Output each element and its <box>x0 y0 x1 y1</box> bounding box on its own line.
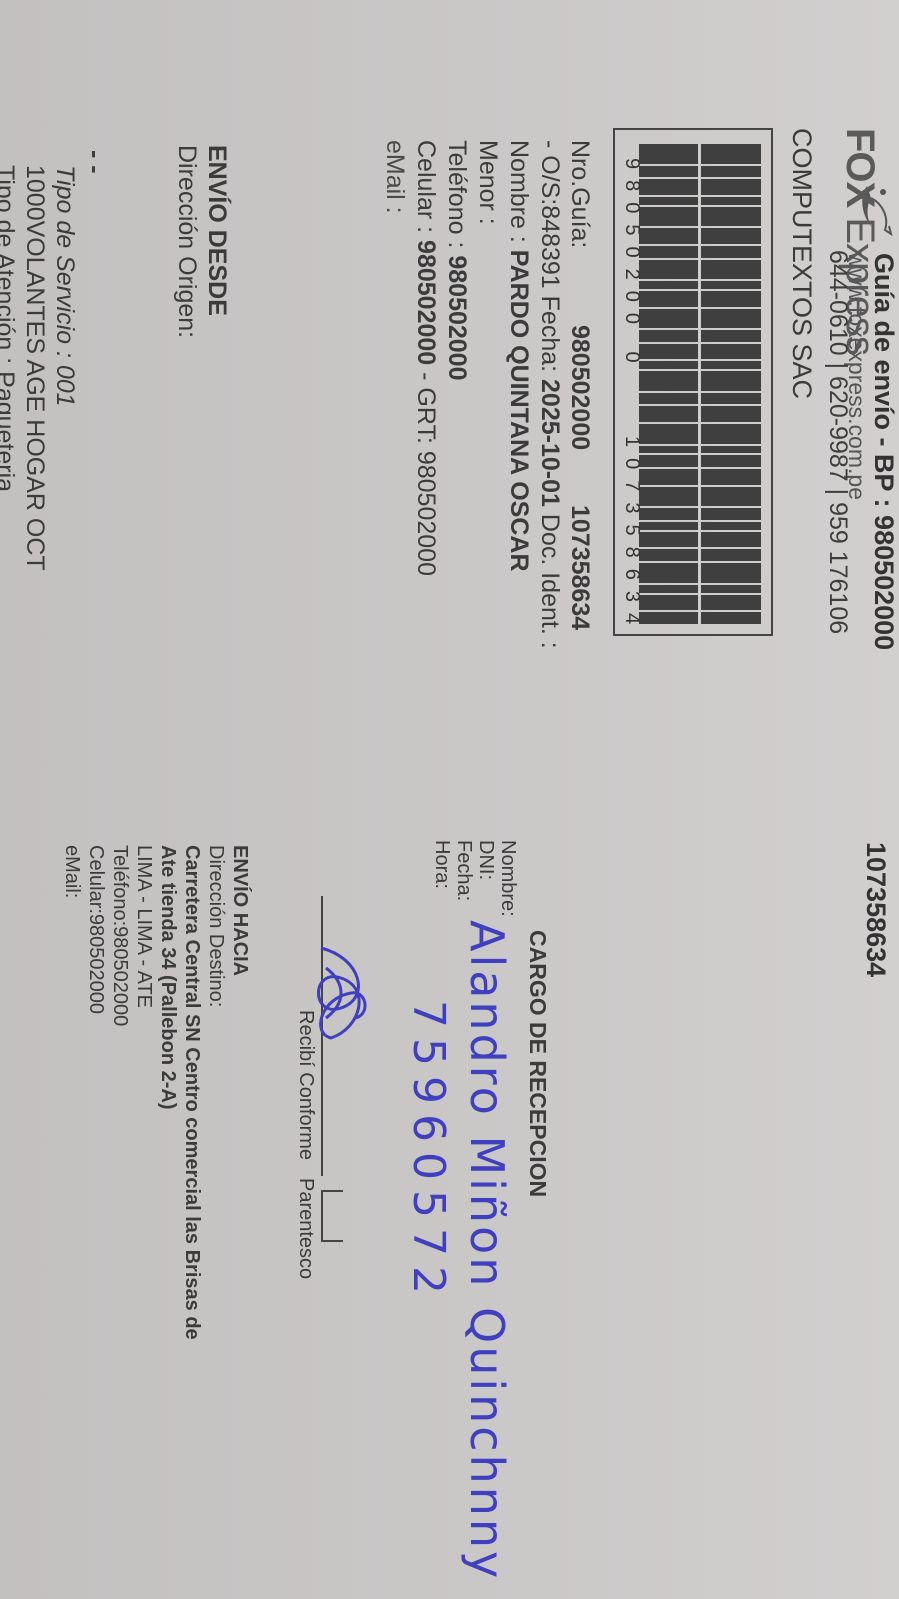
direccion-destino-line1: Carretera Central SN Centro comercial la… <box>180 845 203 1340</box>
grt-text: - GRT: 980502000 <box>412 365 440 576</box>
celular-label: Celular : <box>412 140 440 240</box>
handwritten-name: Alandro Miñon Quinchnny <box>460 920 514 1581</box>
recepcion-dni-label: DNI: <box>474 840 497 880</box>
telefono-label: Teléfono : <box>443 140 471 255</box>
direccion-destino-label: Dirección Destino: <box>204 845 227 1007</box>
barcode-digits-left: 98050200 0 <box>620 158 643 374</box>
dashes: - - <box>80 150 109 174</box>
parentesco-box[interactable] <box>321 1190 343 1242</box>
recepcion-nombre-label: Nombre: <box>496 840 519 917</box>
destino-email: eMail: <box>60 845 83 898</box>
nombre-label: Nombre : <box>505 140 533 250</box>
telefono-line: Teléfono : 980502000 <box>442 140 471 381</box>
document-title: Guía de envío - BP : 980502000 <box>868 253 899 650</box>
destino-celular: Celular:980502000 <box>84 845 107 1014</box>
email-label: eMail : <box>380 140 409 214</box>
tipo-servicio: Tipo de Servicio : 001 <box>50 165 79 407</box>
sender-company: COMPUTEXTOS SAC <box>786 128 817 399</box>
celular-value: 980502000 <box>412 240 440 365</box>
tipo-atencion: Tipo de Atención : Paqueteria <box>0 165 19 492</box>
nombre-line: Nombre : PARDO QUINTANA OSCAR <box>504 140 533 572</box>
direccion-origen-label: Dirección Origen: <box>172 145 201 338</box>
envio-hacia-title: ENVÍO HACIA <box>228 845 251 976</box>
os-date-line: - O/S:848391 Fecha: 2025-10-01 Doc. Iden… <box>535 140 564 649</box>
os-prefix: - O/S:848391 Fecha: <box>536 140 564 379</box>
contact-phones: 644-0610 | 620-9987 | 959 176106 <box>823 250 852 634</box>
waybill-document: FOX Express Guía de envío - BP : 9805020… <box>0 0 899 1599</box>
cargo-recepcion-title: CARGO DE RECEPCION <box>524 930 551 1197</box>
nro-guia-value: 980502000 <box>565 325 594 450</box>
nro-guia-number: 107358634 <box>565 505 594 630</box>
brand-primary: FOX <box>838 128 882 207</box>
ubigeo: LIMA - LIMA - ATE <box>132 845 155 1008</box>
header-guide-number: 107358634 <box>860 842 891 977</box>
direccion-destino-line2: Ate tienda 34 (Pallebon 2-A) <box>156 845 179 1110</box>
doc-ident-label: Doc. Ident. : <box>536 507 564 649</box>
menor-label: Menor : <box>473 140 502 225</box>
barcode-divider <box>698 144 701 624</box>
envio-desde-title: ENVÍO DESDE <box>202 145 231 316</box>
nombre-value: PARDO QUINTANA OSCAR <box>505 250 533 572</box>
handwritten-dni: 75960572 <box>403 1000 454 1304</box>
destino-telefono: Teléfono:980502000 <box>108 845 131 1026</box>
barcode-digits-right: 107358634 <box>620 436 643 635</box>
recepcion-hora-label: Hora: <box>430 840 453 889</box>
telefono-value: 980502000 <box>443 255 471 380</box>
service-description: 1000VOLANTES AGE HOGAR OCT <box>20 165 49 571</box>
recibi-conforme-label: Recibí Conforme <box>294 1010 317 1160</box>
shipment-date: 2025-10-01 <box>536 379 564 507</box>
parentesco-label: Parentesco <box>294 1178 317 1279</box>
barcode: 98050200 0 107358634 <box>613 128 773 636</box>
celular-line: Celular : 980502000 - GRT: 980502000 <box>411 140 440 576</box>
nro-guia-label: Nro.Guía: <box>565 140 594 248</box>
recepcion-fecha-label: Fecha: <box>452 840 475 901</box>
